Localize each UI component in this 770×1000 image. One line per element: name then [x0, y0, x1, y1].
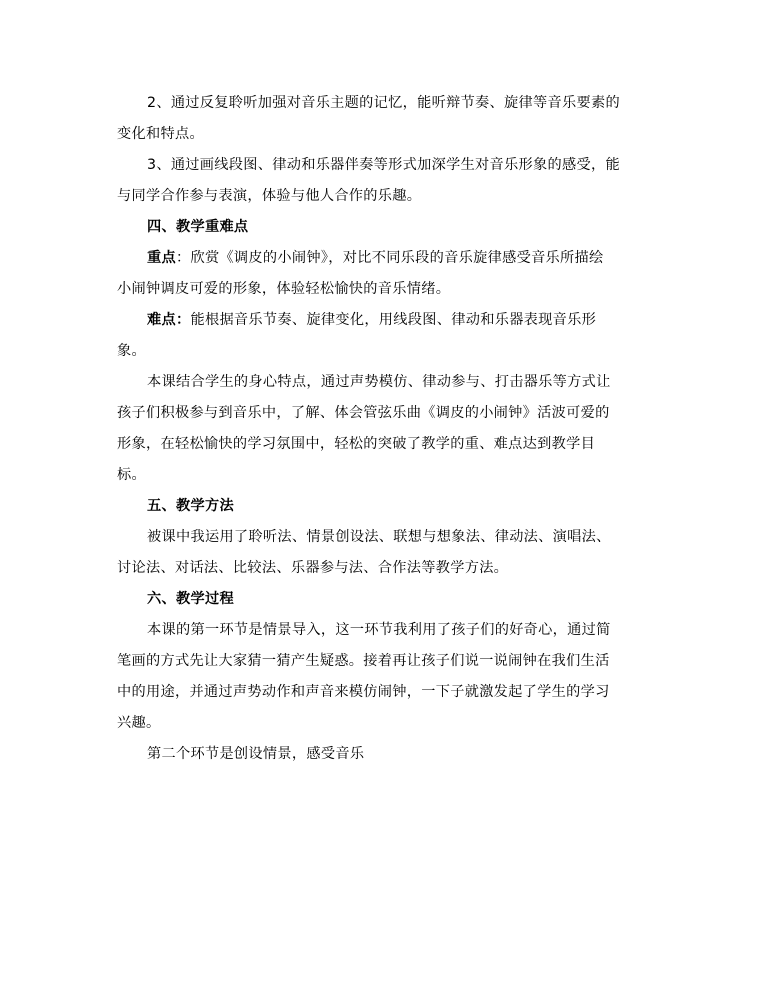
- text-line: 难点：能根据音乐节奏、旋律变化，用线段图、律动和乐器表现音乐形: [117, 305, 657, 336]
- difficult-point-paragraph: 难点：能根据音乐节奏、旋律变化，用线段图、律动和乐器表现音乐形 象。: [117, 305, 657, 367]
- text-line: 与同学合作参与表演，体验与他人合作的乐趣。: [117, 181, 657, 212]
- section-heading-teaching-methods: 五、教学方法: [117, 491, 657, 522]
- difficult-point-text: 能根据音乐节奏、旋律变化，用线段图、律动和乐器表现音乐形: [190, 312, 596, 328]
- text-line: 小闹钟调皮可爱的形象，体验轻松愉快的音乐情绪。: [117, 274, 657, 305]
- objective-3-paragraph: 3、通过画线段图、律动和乐器伴奏等形式加深学生对音乐形象的感受，能 与同学合作参…: [117, 150, 657, 212]
- text-line: 笔画的方式先让大家猜一猜产生疑惑。接着再让孩子们说一说闹钟在我们生活: [117, 646, 657, 677]
- text-line: 重点：欣赏《调皮的小闹钟》，对比不同乐段的音乐旋律感受音乐所描绘: [117, 243, 657, 274]
- text-line: 中的用途，并通过声势动作和声音来模仿闹钟，一下子就激发起了学生的学习: [117, 677, 657, 708]
- text-line: 2、通过反复聆听加强对音乐主题的记忆，能听辩节奏、旋律等音乐要素的: [117, 88, 657, 119]
- key-point-label: 重点: [147, 250, 176, 266]
- text-line: 本课结合学生的身心特点，通过声势模仿、律动参与、打击器乐等方式让: [117, 367, 657, 398]
- text-line: 本课的第一环节是情景导入，这一环节我利用了孩子们的好奇心，通过简: [117, 615, 657, 646]
- text-line: 讨论法、对话法、比较法、乐器参与法、合作法等教学方法。: [117, 553, 657, 584]
- teaching-methods-paragraph: 被课中我运用了聆听法、情景创设法、联想与想象法、律动法、演唱法、 讨论法、对话法…: [117, 522, 657, 584]
- text-line: 形象，在轻松愉快的学习氛围中，轻松的突破了教学的重、难点达到教学目: [117, 429, 657, 460]
- text-line: 象。: [117, 336, 657, 367]
- process-step-2-paragraph: 第二个环节是创设情景，感受音乐: [117, 739, 657, 770]
- key-point-paragraph: 重点：欣赏《调皮的小闹钟》，对比不同乐段的音乐旋律感受音乐所描绘 小闹钟调皮可爱…: [117, 243, 657, 305]
- text-line: 兴趣。: [117, 708, 657, 739]
- document-page: 2、通过反复聆听加强对音乐主题的记忆，能听辩节奏、旋律等音乐要素的 变化和特点。…: [117, 88, 657, 770]
- section-heading-teaching-process: 六、教学过程: [117, 584, 657, 615]
- text-line: 孩子们积极参与到音乐中，了解、体会管弦乐曲《调皮的小闹钟》活波可爱的: [117, 398, 657, 429]
- text-line: 3、通过画线段图、律动和乐器伴奏等形式加深学生对音乐形象的感受，能: [117, 150, 657, 181]
- difficult-point-label: 难点：: [147, 312, 190, 328]
- text-line: 标。: [117, 460, 657, 491]
- objective-2-paragraph: 2、通过反复聆听加强对音乐主题的记忆，能听辩节奏、旋律等音乐要素的 变化和特点。: [117, 88, 657, 150]
- process-step-1-paragraph: 本课的第一环节是情景导入，这一环节我利用了孩子们的好奇心，通过简 笔画的方式先让…: [117, 615, 657, 739]
- text-line: 被课中我运用了聆听法、情景创设法、联想与想象法、律动法、演唱法、: [117, 522, 657, 553]
- text-line: 变化和特点。: [117, 119, 657, 150]
- section-heading-teaching-focus: 四、教学重难点: [117, 212, 657, 243]
- key-point-text: ：欣赏《调皮的小闹钟》，对比不同乐段的音乐旋律感受音乐所描绘: [176, 250, 604, 266]
- focus-summary-paragraph: 本课结合学生的身心特点，通过声势模仿、律动参与、打击器乐等方式让 孩子们积极参与…: [117, 367, 657, 491]
- text-line: 第二个环节是创设情景，感受音乐: [117, 739, 657, 770]
